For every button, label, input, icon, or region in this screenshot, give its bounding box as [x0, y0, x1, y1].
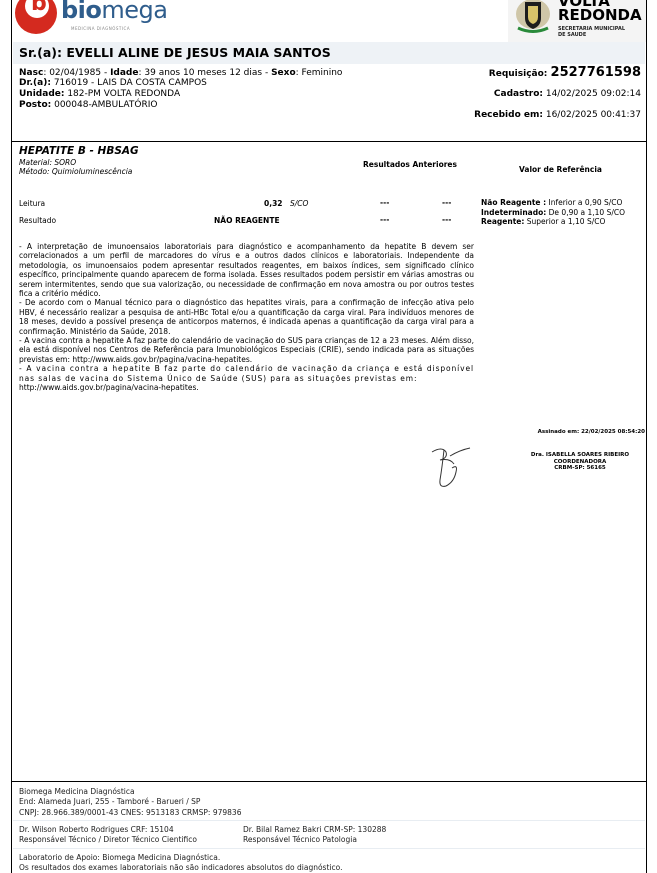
previous-result-1: ---	[380, 215, 389, 224]
unit: Unidade: 182-PM VOLTA REDONDA	[19, 89, 180, 99]
note-paragraph: - A interpretação de imunoensaios labora…	[19, 242, 474, 298]
result-label: Resultado	[19, 216, 56, 225]
city-crest-icon	[514, 0, 552, 36]
previous-reading-1: ---	[380, 198, 389, 207]
reading-value: 0,32	[264, 199, 283, 208]
footer-resp2-name: Dr. Bilal Ramez Bakri CRM-SP: 130288	[243, 825, 386, 835]
signed-at: Assinado em: 22/02/2025 08:54:20	[538, 429, 645, 435]
partner-subtitle: SECRETARIA MUNICIPALDE SAUDE	[558, 26, 625, 38]
reference-reactive: Reagente: Superior a 1,10 S/CO	[481, 217, 647, 227]
reading-unit: S/CO	[290, 199, 308, 208]
signer-registry: CRBM-SP: 56165	[520, 465, 640, 472]
registration-date: Cadastro: 14/02/2025 09:02:14	[494, 89, 641, 99]
patient-name-bar: Sr.(a): EVELLI ALINE DE JESUS MAIA SANTO…	[13, 42, 645, 64]
signer-name: Dra. ISABELLA SOARES RIBEIRO	[520, 452, 640, 459]
previous-reading-2: ---	[442, 198, 451, 207]
volta-redonda-logo: VOLTAREDONDA SECRETARIA MUNICIPALDE SAUD…	[508, 0, 646, 42]
patient-name: Sr.(a): EVELLI ALINE DE JESUS MAIA SANTO…	[19, 45, 331, 60]
footer-separator	[13, 820, 645, 821]
post: Posto: 000048-AMBULATÓRIO	[19, 100, 157, 110]
footer-resp1-name: Dr. Wilson Roberto Rodrigues CRF: 15104	[19, 825, 174, 835]
note-link: http://www.aids.gov.br/pagina/vacina-hep…	[19, 383, 474, 392]
report-frame	[11, 0, 647, 873]
reading-label: Leitura	[19, 199, 45, 208]
reference-indeterminate: Indeterminado: De 0,90 a 1,10 S/CO	[481, 208, 647, 218]
footer-company: Biomega Medicina Diagnóstica	[19, 787, 135, 797]
signer-block: Dra. ISABELLA SOARES RIBEIRO COORDENADOR…	[520, 452, 640, 472]
patient-demographics: Nasc: 02/04/1985 - Idade: 39 anos 10 mes…	[19, 68, 342, 78]
requisition: Requisição: 2527761598	[489, 65, 641, 80]
footer-resp2-role: Responsável Técnico Patologia	[243, 835, 357, 845]
reference-values: Não Reagente : Inferior a 0,90 S/CO Inde…	[481, 198, 647, 227]
note-paragraph: - A vacina contra a hepatite A faz parte…	[19, 336, 474, 364]
result-value: NÃO REAGENTE	[214, 216, 280, 225]
brand-tagline: MEDICINA DIAGNÓSTICA	[71, 26, 130, 31]
footer-ids: CNPJ: 28.966.389/0001-43 CNES: 9513183 C…	[19, 808, 241, 818]
exam-material: Material: SORO	[19, 158, 76, 167]
note-paragraph: - De acordo com o Manual técnico para o …	[19, 298, 474, 336]
signature-icon	[426, 436, 474, 496]
footer-support-lab: Laboratorio de Apoio: Biomega Medicina D…	[19, 853, 220, 863]
received-date: Recebido em: 16/02/2025 00:41:37	[474, 110, 641, 120]
footer-resp1-role: Responsável Técnico / Diretor Técnico Ci…	[19, 835, 197, 845]
exam-method: Método: Quimioluminescência	[19, 167, 132, 176]
biomega-logo-icon: b	[15, 0, 57, 34]
section-divider	[11, 141, 647, 142]
previous-results-header: Resultados Anteriores	[363, 160, 457, 169]
partner-title: VOLTAREDONDA	[558, 0, 642, 22]
footer-address: End: Alameda Juari, 255 - Tamboré - Baru…	[19, 797, 200, 807]
footer-disclaimer: Os resultados dos exames laboratoriais n…	[19, 863, 342, 873]
note-paragraph: - A vacina contra a hepatite B faz parte…	[19, 364, 474, 383]
exam-title: HEPATITE B - HBSAG	[19, 145, 139, 157]
reference-header: Valor de Referência	[519, 165, 602, 174]
reference-non-reactive: Não Reagente : Inferior a 0,90 S/CO	[481, 198, 647, 208]
previous-result-2: ---	[442, 215, 451, 224]
footer-separator	[13, 848, 645, 849]
exam-notes: - A interpretação de imunoensaios labora…	[19, 242, 474, 393]
biomega-logo: b biomega MEDICINA DIAGNÓSTICA	[13, 0, 173, 42]
brand-name: biomega	[61, 0, 168, 24]
requesting-doctor: Dr.(a): 716019 - LAIS DA COSTA CAMPOS	[19, 78, 207, 88]
footer-divider	[11, 781, 647, 782]
